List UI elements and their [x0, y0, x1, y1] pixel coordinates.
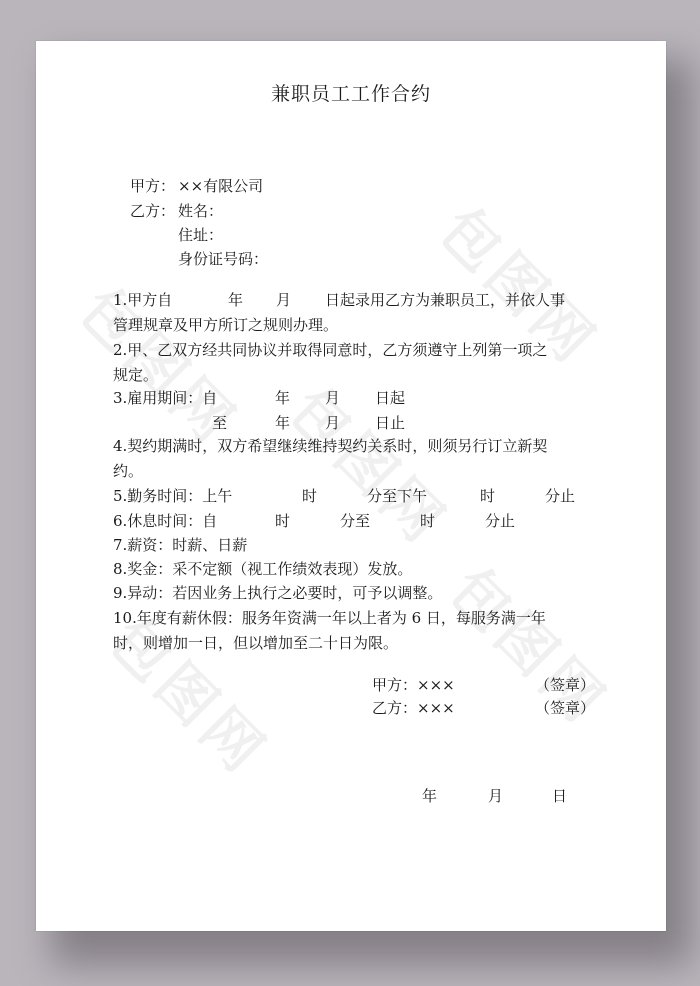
- clause-6-end: 分止: [485, 511, 515, 531]
- date-year: 年: [422, 786, 437, 806]
- clause-3-month2: 月: [325, 413, 340, 433]
- clause-10-line2: 时，则增加一日，但以增加至二十日为限。: [113, 633, 398, 653]
- party-a-value: ××有限公司: [178, 176, 263, 196]
- party-b-label: 乙方：: [130, 201, 175, 221]
- address-label: 住址：: [178, 225, 223, 245]
- clause-7: 7.薪资：时薪、日薪: [113, 535, 247, 555]
- signature-party-b-seal: （签章）: [535, 698, 595, 718]
- name-label: 姓名：: [178, 201, 223, 221]
- watermark: 包图网: [274, 365, 469, 560]
- clause-2-line2: 规定。: [113, 365, 158, 385]
- clause-10-line1: 10.年度有薪休假：服务年资满一年以上者为 6 日，每服务满一年: [113, 608, 546, 628]
- clause-6-hour: 时: [275, 511, 290, 531]
- clause-6-mid: 分至: [340, 511, 370, 531]
- date-day: 日: [552, 786, 567, 806]
- clause-3-to: 至: [212, 413, 227, 433]
- document-page: 包图网 包图网 包图网 包图网 包图网 兼职员工工作合约 甲方： ××有限公司 …: [36, 41, 666, 931]
- clause-5-mid: 分至下午: [367, 486, 427, 506]
- clause-4-line1: 4.契约期满时，双方希望继续维持契约关系时，则须另行订立新契: [113, 436, 547, 456]
- clause-5-hour2: 时: [480, 486, 495, 506]
- clause-6-start: 6.休息时间：自: [113, 511, 217, 531]
- clause-1-year: 年: [228, 290, 243, 310]
- clause-5-start: 5.勤务时间：上午: [113, 486, 232, 506]
- clause-3-year: 年: [275, 388, 290, 408]
- clause-3-month: 月: [325, 388, 340, 408]
- clause-3-start: 3.雇用期间：自: [113, 388, 217, 408]
- clause-3-day2: 日止: [375, 413, 405, 433]
- clause-9: 9.异动：若因业务上执行之必要时，可予以调整。: [113, 583, 442, 603]
- clause-5-end: 分止: [545, 486, 575, 506]
- signature-party-a-seal: （签章）: [535, 675, 595, 695]
- signature-party-b: 乙方：×××: [372, 698, 455, 718]
- document-title: 兼职员工工作合约: [36, 79, 666, 106]
- party-a-label: 甲方：: [130, 176, 175, 196]
- date-month: 月: [488, 786, 503, 806]
- clause-6-hour2: 时: [420, 511, 435, 531]
- clause-3-day: 日起: [375, 388, 405, 408]
- clause-1-line2: 管理规章及甲方所订之规则办理。: [113, 315, 338, 335]
- clause-3-year2: 年: [275, 413, 290, 433]
- clause-8: 8.奖金：采不定额（视工作绩效表现）发放。: [113, 559, 412, 579]
- clause-1-start: 1.甲方自: [113, 290, 172, 310]
- clause-2-line1: 2.甲、乙双方经共同协议并取得同意时，乙方须遵守上列第一项之: [113, 340, 547, 360]
- clause-4-line2: 约。: [113, 461, 143, 481]
- clause-1-rest: 日起录用乙方为兼职员工，并依人事: [325, 290, 565, 310]
- watermark: 包图网: [434, 545, 629, 740]
- signature-party-a: 甲方：×××: [372, 675, 455, 695]
- id-number-label: 身份证号码：: [178, 249, 268, 269]
- clause-1-month: 月: [276, 290, 291, 310]
- clause-5-hour: 时: [302, 486, 317, 506]
